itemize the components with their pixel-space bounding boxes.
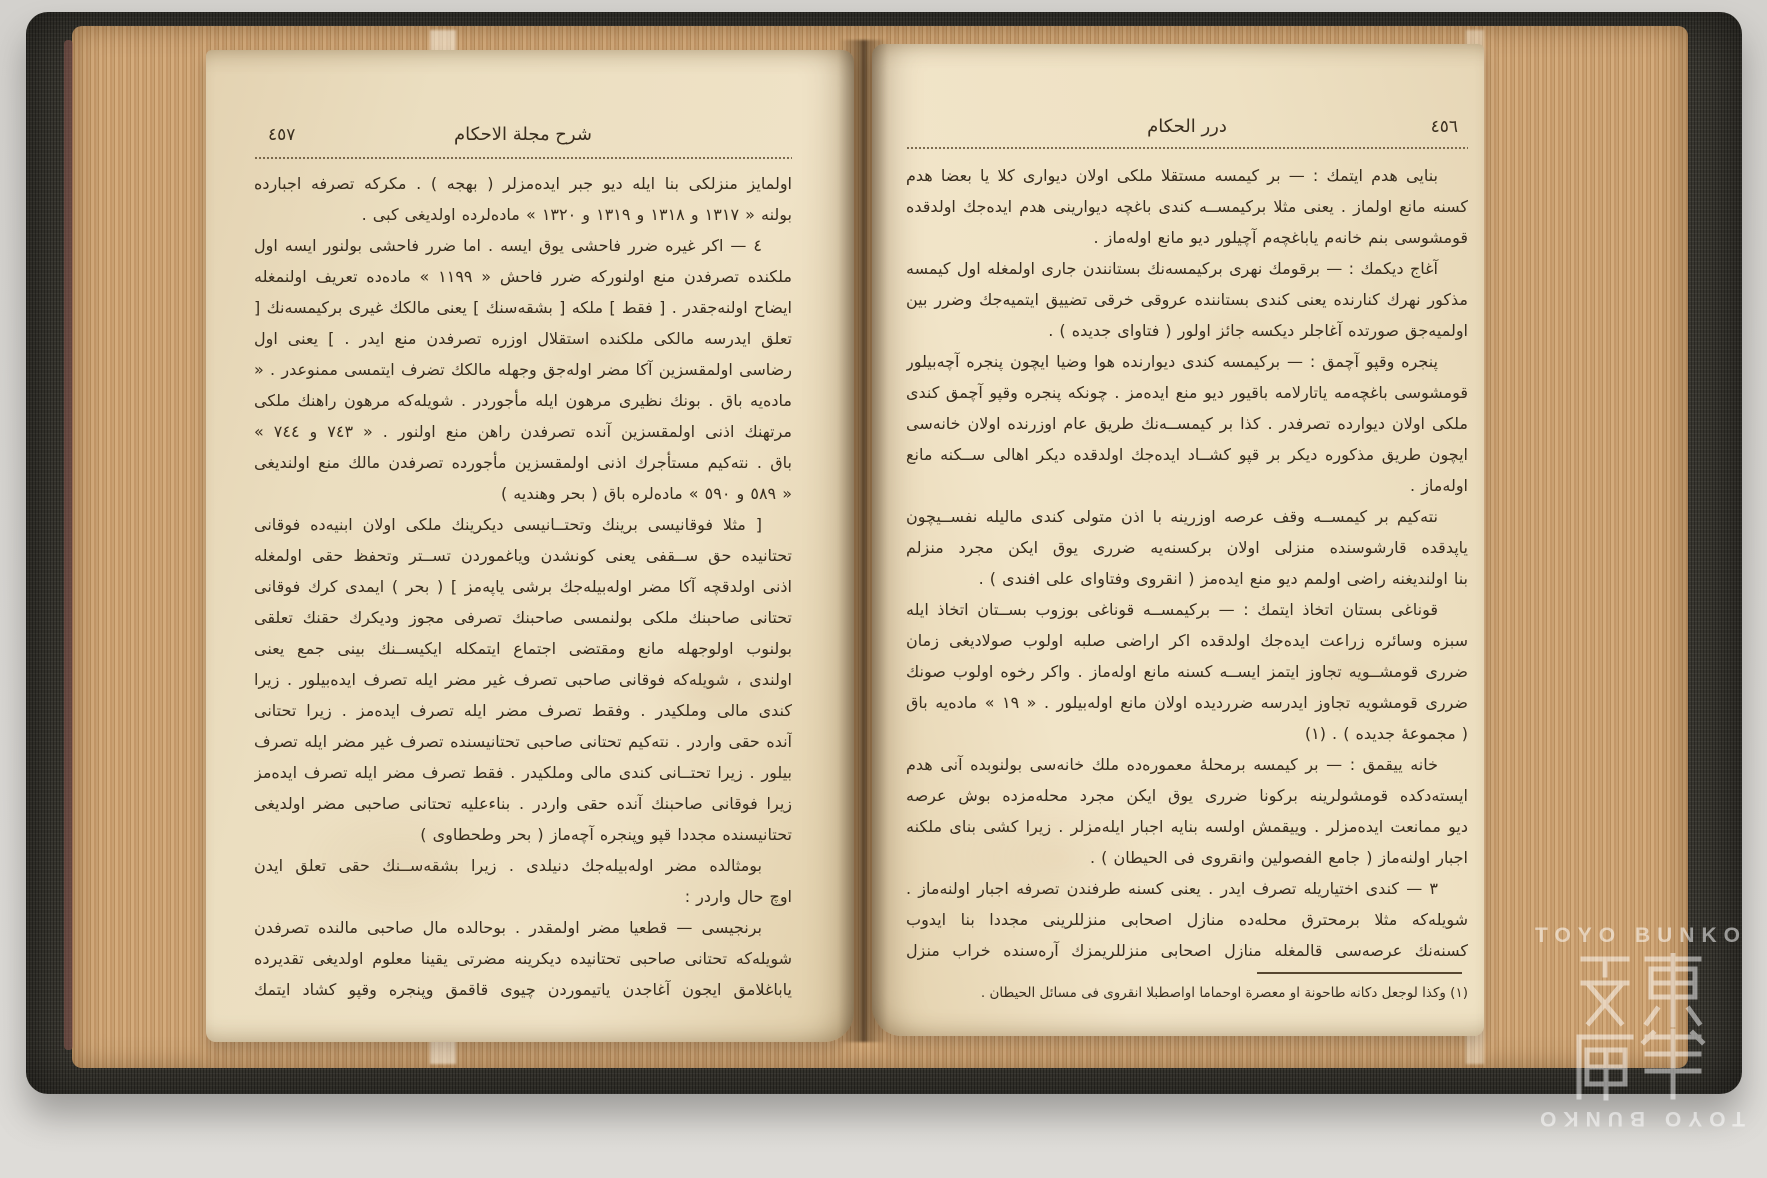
text-line: قومشوسى باغچه‌مه ياتارلامه باقيور ديو من…	[906, 377, 1468, 408]
text-line: تحتانى صاحبنك ملكى بولنمسى صاحبنك تصرفى …	[254, 602, 792, 633]
text-line: [ مثلا فوقانيسى برينك وتحتــانيسى ديكرين…	[254, 509, 792, 540]
left-page-body: اولمايز منزلكى بنا ايله ديو جبر ايده‌مزل…	[254, 168, 792, 1005]
text-line: ٤ — اكر غيره ضرر فاحشى يوق ايسه . اما ضر…	[254, 230, 792, 261]
footnote-text: (١) وكذا لوجعل دكانه طاحونة او معصرة اوح…	[906, 980, 1468, 1006]
text-line: زيرا فوقانى صاحبنك آنده حقى واردر . بناء…	[254, 788, 792, 819]
text-line: تحتانيسنده مجددا قپو وپنجره آچه‌ماز ( بح…	[254, 819, 792, 850]
text-line: ماده‌يه باق . بونك نظيرى مرهون ايله مأجو…	[254, 385, 792, 416]
text-line: ياباغلامق ايجون آغاجدن ياتيموردن چيوى قا…	[254, 974, 792, 1005]
text-line: بومثالده مضر اوله‌بيله‌جك دنيلدى . زيرا …	[254, 850, 792, 881]
text-line: قومشوسى بنم خانه‌م ياباغچه‌م آچيلور ديو …	[906, 222, 1468, 253]
right-page-header: ٤٥٦ درر الحكام	[906, 112, 1468, 142]
text-line: آغاج ديكمك : — برقومك نهرى بركيمسه‌نك بس…	[906, 253, 1468, 284]
text-line: ايسته‌دكده قومشولرينه بركونا ضررى يوق اي…	[906, 780, 1468, 811]
text-line: ضررى قومشويه تجاوز ايدرسه ضررديده اولان …	[906, 687, 1468, 718]
text-line: اوچ حال واردر :	[254, 881, 792, 912]
text-line: برنجيسى — قطعيا مضر اولمقدر . بوحالده ما…	[254, 912, 792, 943]
right-page-text-block: ٤٥٦ درر الحكام بنايى هدم ايتمك : — بر كي…	[906, 44, 1468, 1036]
text-line: اجبار اولنه‌ماز ( جامع الفصولين وانقروى …	[906, 842, 1468, 873]
text-line: اوله‌ماز .	[906, 470, 1468, 501]
text-line: ملكى اولان ديوارده تصرفدر . كذا بر كيمسـ…	[906, 408, 1468, 439]
left-header-rule	[254, 156, 792, 160]
text-line: ديو ممانعت ايده‌مزلر . وييقمش اولسه بناي…	[906, 811, 1468, 842]
text-line: ( مجموعهٔ جديده ) . (١)	[906, 718, 1468, 749]
text-line: باق . نته‌كيم مستأجرك اذنى اولمقسزين مأج…	[254, 447, 792, 478]
text-line: مرتهنك اذنى اولمقسزين آنده تصرفدن راهن م…	[254, 416, 792, 447]
book-photograph: ٤٥٧ شرح مجلة الاحكام اولمايز منزلكى بنا …	[0, 0, 1767, 1178]
text-line: ٣ — كندى اختياريله تصرف ايدر . يعنى كسنه…	[906, 873, 1468, 904]
footnote-rule	[1257, 972, 1462, 974]
text-line: كسنه مانع اولماز . يعنى مثلا بركيمســه ك…	[906, 191, 1468, 222]
text-line: شويله‌كه مثلا برمحترق محله‌ده منازل اصحا…	[906, 904, 1468, 935]
text-line: مذكور نهرك كنارنده يعنى كندى بستاننده عر…	[906, 284, 1468, 315]
text-line: كندى مالى وملكيدر . وفقط تصرف مضر ايله ت…	[254, 695, 792, 726]
text-line: ملكنده تصرفدن منع اولنوركه ضرر فاحش « ١١…	[254, 261, 792, 292]
text-line: بولنوب اولوجهله مانع ومقتضى اجتماع ايتمك…	[254, 633, 792, 664]
right-page: ٤٥٦ درر الحكام بنايى هدم ايتمك : — بر كي…	[872, 44, 1484, 1036]
text-line: بنايى هدم ايتمك : — بر كيمسه مستقلا ملكى…	[906, 160, 1468, 191]
text-line: ضررى قومشــويه تجاوز ايتمز ايســه كسنه م…	[906, 656, 1468, 687]
text-line: اولمايز منزلكى بنا ايله ديو جبر ايده‌مزل…	[254, 168, 792, 199]
left-page-title: شرح مجلة الاحكام	[254, 120, 792, 150]
left-page: ٤٥٧ شرح مجلة الاحكام اولمايز منزلكى بنا …	[206, 50, 854, 1042]
text-line: تعلق ايدرسه مالكى ملكنده استقلال اوزره ت…	[254, 323, 792, 354]
text-line: ياپدقده قارشوسنده منزلى اولان بركسنه‌يه …	[906, 532, 1468, 563]
right-page-title: درر الحكام	[906, 112, 1468, 142]
text-line: رضاسى اولمقسزين آكا مضر اوله‌جق وجهله ما…	[254, 354, 792, 385]
right-page-body: بنايى هدم ايتمك : — بر كيمسه مستقلا ملكى…	[906, 160, 1468, 966]
text-line: سبزه وسائره زراعت ايده‌جك اولدقده اكر ار…	[906, 625, 1468, 656]
left-page-text-block: ٤٥٧ شرح مجلة الاحكام اولمايز منزلكى بنا …	[254, 50, 792, 1042]
text-line: تحتانيده حق ســقفى يعنى كونشدن وياغموردن…	[254, 540, 792, 571]
text-line: كسنه‌نك عرصه‌سى قالمغله منازل اصحابى منز…	[906, 935, 1468, 966]
text-line: « ٥٨٩ و ٥٩٠ » ماده‌لره باق ( بحر وهنديه …	[254, 478, 792, 509]
text-line: خانه ييقمق : — بر كيمسه برمحلهٔ معموره‌د…	[906, 749, 1468, 780]
left-page-header: ٤٥٧ شرح مجلة الاحكام	[254, 120, 792, 150]
text-line: نته‌كيم بر كيمســه وقف عرصه اوزرينه با ا…	[906, 501, 1468, 532]
text-line: اذنى اولدقچه آكا مضر اوله‌بيله‌جك برشى ي…	[254, 571, 792, 602]
text-line: شويله‌كه تحتانى صاحبى تحتانيده ديكرينه م…	[254, 943, 792, 974]
text-line: پنجره وقپو آچمق : — بركيمسه كندى ديوارند…	[906, 346, 1468, 377]
page-edge-red-band	[64, 40, 73, 1050]
text-line: ايچون طريق مذكوره ديكر بر قپو كشــاد ايد…	[906, 439, 1468, 470]
text-line: قوناغى بستان اتخاذ ايتمك : — بركيمســه ق…	[906, 594, 1468, 625]
watermark-text-bottom: TOYO BUNKO	[1535, 1106, 1745, 1130]
text-line: بولنه « ١٣١٧ و ١٣١٨ و ١٣١٩ و ١٣٢٠ » ماده…	[254, 199, 792, 230]
text-line: آنده حقى واردر . نته‌كيم تحتانى صاحبى تح…	[254, 726, 792, 757]
text-line: بيلور . زيرا تحتــانى كندى مالى وملكيدر …	[254, 757, 792, 788]
text-line: اولميه‌جق صورتده آغاجلر ديكسه جائز اولور…	[906, 315, 1468, 346]
text-line: اولندى ، شويله‌كه فوقانى صاحبى تصرف غير …	[254, 664, 792, 695]
right-header-rule	[906, 146, 1468, 150]
text-line: ايضاح اولنه‌جقدر . [ فقط ] ملكه [ بشقه‌س…	[254, 292, 792, 323]
text-line: بنا اولنديغنه راضى اولمم ديو منع ايده‌مز…	[906, 563, 1468, 594]
